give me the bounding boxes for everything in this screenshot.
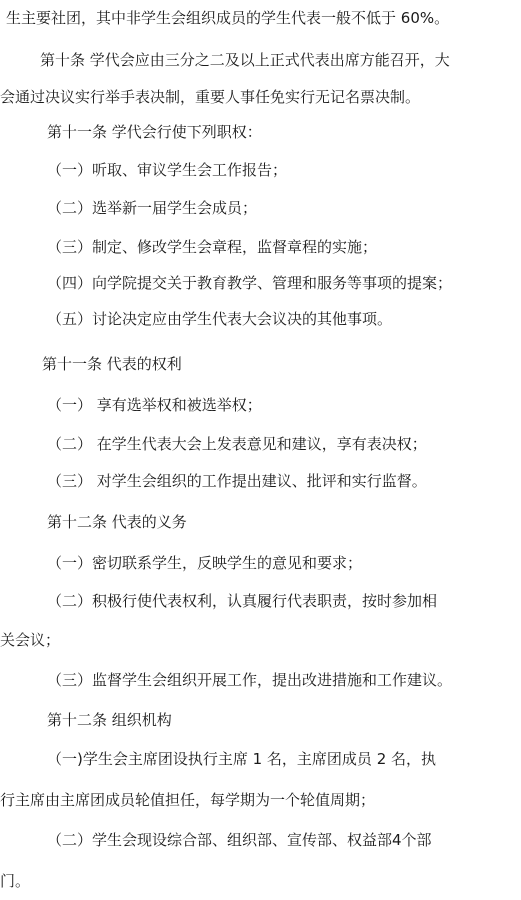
- list-item: （三）制定、修改学生会章程，监督章程的实施；: [47, 237, 377, 257]
- list-item: （二）积极行使代表权利，认真履行代表职责，按时参加相: [47, 591, 437, 611]
- list-item-continuation: 门。: [0, 871, 30, 891]
- list-item: （三）监督学生会组织开展工作，提出改进措施和工作建议。: [47, 670, 452, 690]
- list-item: （二）学生会现设综合部、组织部、宣传部、权益部4个部: [47, 830, 432, 850]
- article-10-text: 第十条 学代会应由三分之二及以上正式代表出席方能召开，大: [40, 50, 450, 70]
- list-item-continuation: 关会议；: [0, 630, 60, 650]
- list-item: （二）选举新一届学生会成员；: [47, 198, 257, 218]
- list-item: （一） 享有选举权和被选举权；: [47, 395, 262, 415]
- list-item: （二） 在学生代表大会上发表意见和建议，享有表决权；: [47, 434, 427, 454]
- list-item: （一)学生会主席团设执行主席 1 名，主席团成员 2 名，执: [47, 749, 436, 769]
- list-item: （三） 对学生会组织的工作提出建议、批评和实行监督。: [47, 471, 427, 491]
- list-item: （四）向学院提交关于教育教学、管理和服务等事项的提案；: [47, 273, 452, 293]
- list-item-continuation: 行主席由主席团成员轮值担任，每学期为一个轮值周期；: [0, 790, 375, 810]
- article-10-continuation: 会通过决议实行举手表决制，重要人事任免实行无记名票决制。: [0, 87, 420, 107]
- article-organization-heading: 第十二条 组织机构: [47, 710, 172, 730]
- list-item: （五）讨论决定应由学生代表大会议决的其他事项。: [47, 309, 392, 329]
- text-line-continuation: 生主要社团，其中非学生会组织成员的学生代表一般不低于 60%。: [6, 8, 449, 28]
- article-representative-rights-heading: 第十一条 代表的权利: [42, 354, 182, 374]
- list-item: （一）密切联系学生，反映学生的意见和要求；: [47, 553, 362, 573]
- list-item: （一）听取、审议学生会工作报告；: [47, 160, 287, 180]
- article-11-heading: 第十一条 学代会行使下列职权：: [47, 122, 262, 142]
- article-representative-duties-heading: 第十二条 代表的义务: [47, 512, 187, 532]
